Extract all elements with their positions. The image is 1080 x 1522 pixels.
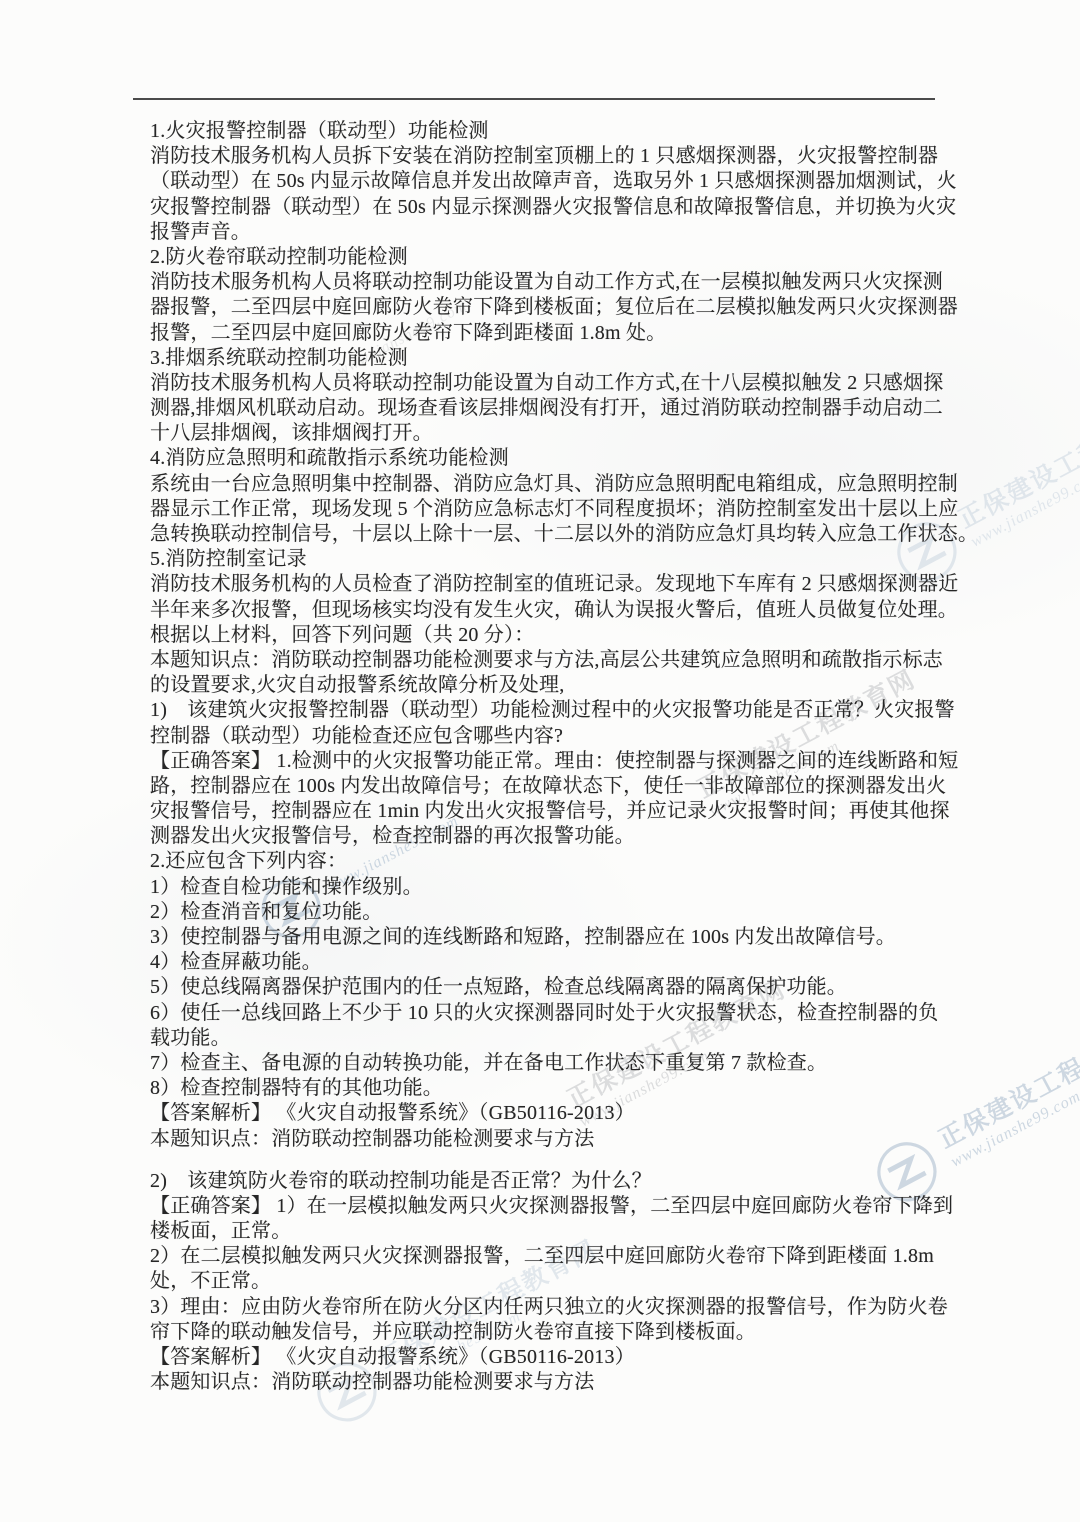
text-line: 【答案解析】 《火灾自动报警系统》（GB50116-2013）	[150, 1101, 940, 1126]
text-line: 报警声音。	[150, 220, 940, 245]
watermark-brand: 正保建设工程教育网	[955, 396, 1080, 535]
text-line: 4.消防应急照明和疏散指示系统功能检测	[150, 446, 940, 471]
text-line: 3）使控制器与备用电源之间的连线断路和短路，控制器应在 100s 内发出故障信号…	[150, 925, 940, 950]
text-line: 测器发出火灾报警信号，检查控制器的再次报警功能。	[150, 824, 940, 849]
text-line: 8）检查控制器特有的其他功能。	[150, 1076, 940, 1101]
text-line: 楼板面，正常。	[150, 1219, 940, 1244]
text-line: 2.防火卷帘联动控制功能检测	[150, 245, 940, 270]
document-page: 正保建设工程教育网 www.jianshe99.com 正保建设工程教育网 ww…	[0, 0, 1080, 1522]
text-line: 消防技术服务机构人员将联动控制功能设置为自动工作方式,在一层模拟触发两只火灾探测	[150, 270, 940, 295]
text-line: 帘下降的联动触发信号，并应联动控制防火卷帘直接下降到楼板面。	[150, 1320, 940, 1345]
text-line: 消防技术服务机构人员将联动控制功能设置为自动工作方式,在十八层模拟触发 2 只感…	[150, 371, 940, 396]
text-line: 【正确答案】 1）在一层模拟触发两只火灾探测器报警，二至四层中庭回廊防火卷帘下降…	[150, 1194, 940, 1219]
text-line: 本题知识点：消防联动控制器功能检测要求与方法	[150, 1127, 940, 1152]
text-line: 2）在二层模拟触发两只火灾探测器报警，二至四层中庭回廊防火卷帘下降到距楼面 1.…	[150, 1244, 940, 1269]
text-line: 2.还应包含下列内容：	[150, 849, 940, 874]
text-line: 器显示工作正常，现场发现 5 个消防应急标志灯不同程度损坏；消防控制室发出十层以…	[150, 497, 940, 522]
header-divider	[133, 98, 935, 100]
text-line: 2）检查消音和复位功能。	[150, 900, 940, 925]
text-line: 灾报警控制器（联动型）在 50s 内显示探测器火灾报警信息和故障报警信息，并切换…	[150, 195, 940, 220]
text-line: 7）检查主、备电源的自动转换功能，并在备电工作状态下重复第 7 款检查。	[150, 1051, 940, 1076]
text-line: 测器,排烟风机联动启动。现场查看该层排烟阀没有打开，通过消防联动控制器手动启动二	[150, 396, 940, 421]
text-line: 十八层排烟阀，该排烟阀打开。	[150, 421, 940, 446]
text-line: 本题知识点：消防联动控制器功能检测要求与方法	[150, 1370, 940, 1395]
watermark-brand: 正保建设工程教育网	[935, 1016, 1080, 1155]
text-line: 根据以上材料，回答下列问题（共 20 分）：	[150, 623, 940, 648]
question-text-body: 1.火灾报警控制器（联动型）功能检测消防技术服务机构人员拆下安装在消防控制室顶棚…	[150, 119, 940, 1395]
text-line: 载功能。	[150, 1026, 940, 1051]
text-line: 本题知识点：消防联动控制器功能检测要求与方法,高层公共建筑应急照明和疏散指示标志	[150, 648, 940, 673]
text-line: 5.消防控制室记录	[150, 547, 940, 572]
text-line: 【正确答案】 1.检测中的火灾报警功能正常。理由：使控制器与探测器之间的连线断路…	[150, 749, 940, 774]
text-line: 1）检查自检功能和操作级别。	[150, 875, 940, 900]
text-line: （联动型）在 50s 内显示故障信息并发出故障声音，选取另外 1 只感烟探测器加…	[150, 169, 940, 194]
text-line: 5）使总线隔离器保护范围内的任一点短路，检查总线隔离器的隔离保护功能。	[150, 975, 940, 1000]
text-line: 4）检查屏蔽功能。	[150, 950, 940, 975]
paragraph-gap	[150, 1152, 940, 1169]
text-line: 处，不正常。	[150, 1269, 940, 1294]
text-line: 1) 该建筑火灾报警控制器（联动型）功能检测过程中的火灾报警功能是否正常？火灾报…	[150, 698, 940, 723]
text-line: 急转换联动控制信号，十层以上除十一层、十二层以外的消防应急灯具均转入应急工作状态…	[150, 522, 940, 547]
text-line: 半年来多次报警，但现场核实均没有发生火灾，确认为误报火警后，值班人员做复位处理。	[150, 598, 940, 623]
text-line: 3）理由：应由防火卷帘所在防火分区内任两只独立的火灾探测器的报警信号，作为防火卷	[150, 1295, 940, 1320]
text-line: 的设置要求,火灾自动报警系统故障分析及处理,	[150, 673, 940, 698]
text-line: 3.排烟系统联动控制功能检测	[150, 346, 940, 371]
watermark-url: www.jianshe99.com	[948, 1042, 1080, 1172]
text-line: 2) 该建筑防火卷帘的联动控制功能是否正常？为什么？	[150, 1169, 940, 1194]
text-line: 1.火灾报警控制器（联动型）功能检测	[150, 119, 940, 144]
text-line: 报警，二至四层中庭回廊防火卷帘下降到距楼面 1.8m 处。	[150, 321, 940, 346]
text-line: 消防技术服务机构的人员检查了消防控制室的值班记录。发现地下车库有 2 只感烟探测…	[150, 572, 940, 597]
text-line: 6）使任一总线回路上不少于 10 只的火灾探测器同时处于火灾报警状态，检查控制器…	[150, 1001, 940, 1026]
text-line: 灾报警信号，控制器应在 1min 内发出火灾报警信号，并应记录火灾报警时间；再使…	[150, 799, 940, 824]
text-line: 控制器（联动型）功能检查还应包含哪些内容?	[150, 724, 940, 749]
text-line: 【答案解析】 《火灾自动报警系统》（GB50116-2013）	[150, 1345, 940, 1370]
text-line: 器报警，二至四层中庭回廊防火卷帘下降到楼板面；复位后在二层模拟触发两只火灾探测器	[150, 295, 940, 320]
text-line: 路，控制器应在 100s 内发出故障信号；在故障状态下，使任一非故障部位的探测器…	[150, 774, 940, 799]
text-line: 系统由一台应急照明集中控制器、消防应急灯具、消防应急照明配电箱组成，应急照明控制	[150, 472, 940, 497]
text-line: 消防技术服务机构人员拆下安装在消防控制室顶棚上的 1 只感烟探测器，火灾报警控制…	[150, 144, 940, 169]
watermark-url: www.jianshe99.com	[968, 422, 1080, 552]
